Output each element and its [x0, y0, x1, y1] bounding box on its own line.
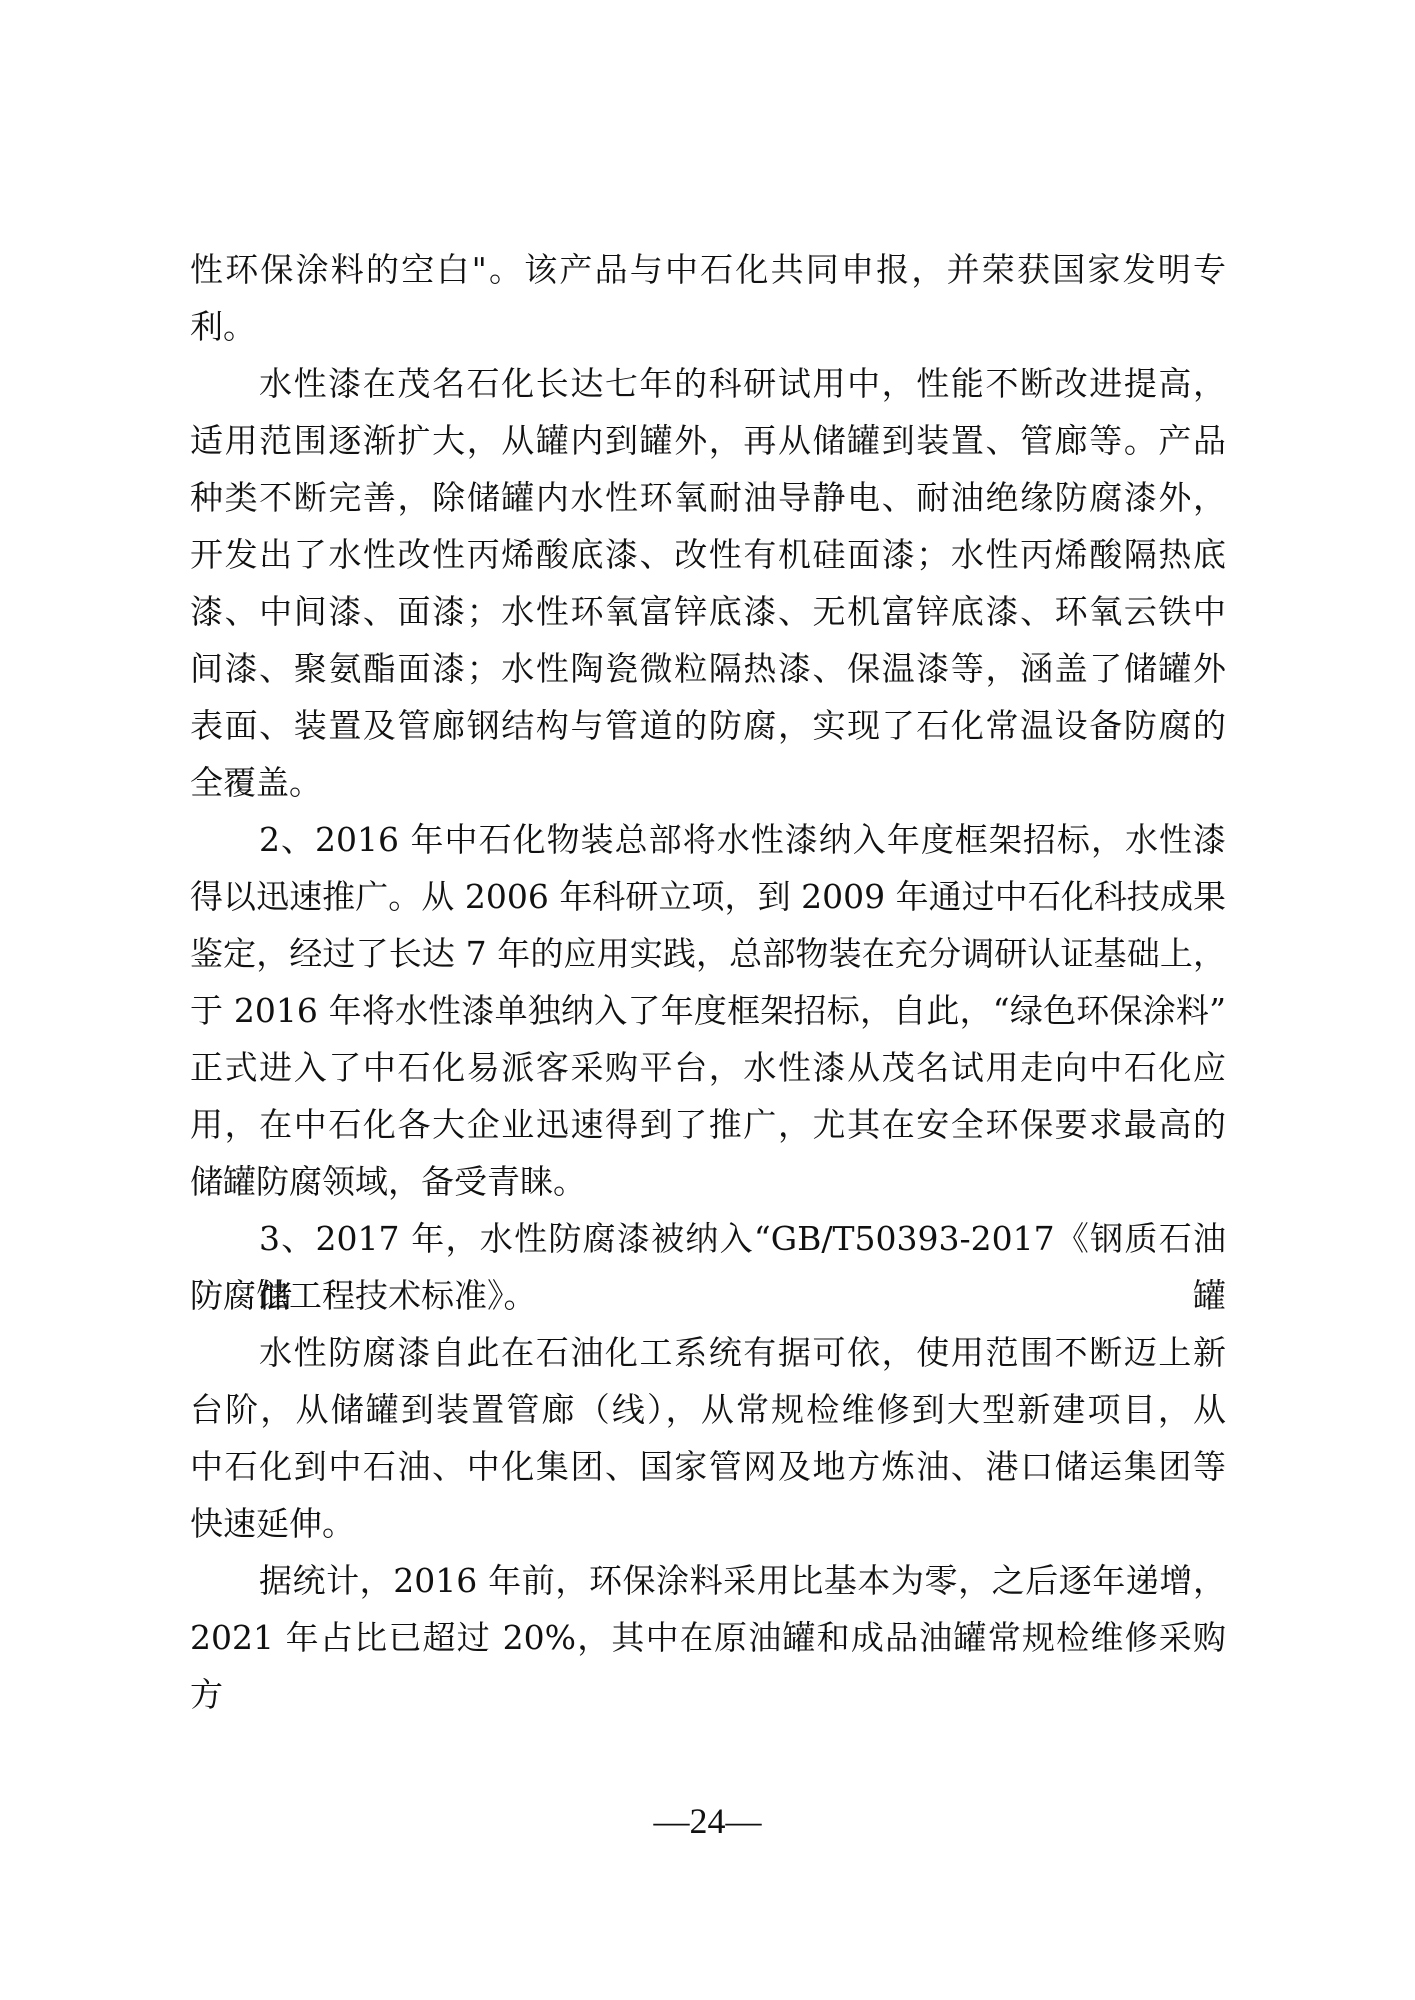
- text-line: 种类不断完善，除储罐内水性环氧耐油导静电、耐油绝缘防腐漆外，: [190, 469, 1226, 526]
- text-line: 得以迅速推广。从 2006 年科研立项，到 2009 年通过中石化科技成果: [190, 868, 1226, 925]
- paragraph-start-line: 2、2016 年中石化物装总部将水性漆纳入年度框架招标，水性漆: [190, 811, 1226, 868]
- document-page: 性环保涂料的空白"。该产品与中石化共同申报，并荣获国家发明专 利。 水性漆在茂名…: [0, 0, 1415, 2000]
- text-line: 用，在中石化各大企业迅速得到了推广，尤其在安全环保要求最高的: [190, 1096, 1226, 1153]
- paragraph-start-line: 3、2017 年，水性防腐漆被纳入“GB/T50393-2017《钢质石油储罐: [190, 1210, 1226, 1267]
- text-line: 漆、中间漆、面漆；水性环氧富锌底漆、无机富锌底漆、环氧云铁中: [190, 583, 1226, 640]
- text-line: 表面、装置及管廊钢结构与管道的防腐，实现了石化常温设备防腐的: [190, 697, 1226, 754]
- text-line: 适用范围逐渐扩大，从罐内到罐外，再从储罐到装置、管廊等。产品: [190, 412, 1226, 469]
- text-line: 利。: [190, 298, 1226, 355]
- page-number: —24—: [0, 1797, 1415, 1845]
- paragraph-start-line: 据统计，2016 年前，环保涂料采用比基本为零，之后逐年递增，: [190, 1552, 1226, 1609]
- text-line: 间漆、聚氨酯面漆；水性陶瓷微粒隔热漆、保温漆等，涵盖了储罐外: [190, 640, 1226, 697]
- text-line: 中石化到中石油、中化集团、国家管网及地方炼油、港口储运集团等: [190, 1438, 1226, 1495]
- text-line: 于 2016 年将水性漆单独纳入了年度框架招标，自此，“绿色环保涂料”: [190, 982, 1226, 1039]
- text-line: 储罐防腐领域，备受青睐。: [190, 1153, 1226, 1210]
- text-line: 鉴定，经过了长达 7 年的应用实践，总部物装在充分调研认证基础上，: [190, 925, 1226, 982]
- text-line: 2021 年占比已超过 20%，其中在原油罐和成品油罐常规检维修采购方: [190, 1609, 1226, 1666]
- paragraph-start-line: 水性防腐漆自此在石油化工系统有据可依，使用范围不断迈上新: [190, 1324, 1226, 1381]
- text-line: 快速延伸。: [190, 1495, 1226, 1552]
- text-line: 性环保涂料的空白"。该产品与中石化共同申报，并荣获国家发明专: [190, 241, 1226, 298]
- text-line: 开发出了水性改性丙烯酸底漆、改性有机硅面漆；水性丙烯酸隔热底: [190, 526, 1226, 583]
- text-line: 全覆盖。: [190, 754, 1226, 811]
- body-text: 性环保涂料的空白"。该产品与中石化共同申报，并荣获国家发明专 利。 水性漆在茂名…: [190, 241, 1226, 1666]
- paragraph-start-line: 水性漆在茂名石化长达七年的科研试用中，性能不断改进提高，: [190, 355, 1226, 412]
- text-line: 台阶，从储罐到装置管廊（线），从常规检维修到大型新建项目，从: [190, 1381, 1226, 1438]
- text-line: 正式进入了中石化易派客采购平台，水性漆从茂名试用走向中石化应: [190, 1039, 1226, 1096]
